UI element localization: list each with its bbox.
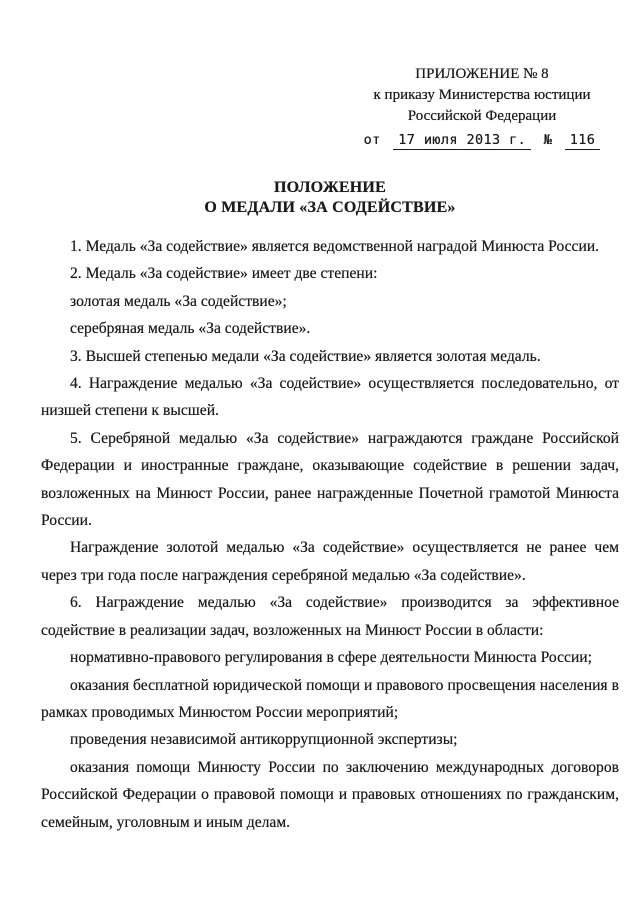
paragraph-6-item-2: оказания бесплатной юридической помощи и… xyxy=(41,672,619,727)
number-sign: № xyxy=(544,132,553,148)
document-title: ПОЛОЖЕНИЕ О МЕДАЛИ «ЗА СОДЕЙСТВИЕ» xyxy=(41,178,619,218)
paragraph-6: 6. Награждение медалью «За содействие» п… xyxy=(41,589,619,644)
paragraph-6-item-1: нормативно-правового регулирования в сфе… xyxy=(41,644,619,671)
paragraph-5: 5. Серебряной медалью «За содействие» на… xyxy=(41,425,619,535)
document-body: 1. Медаль «За содействие» является ведом… xyxy=(41,233,619,836)
paragraph-5-continuation: Награждение золотой медалью «За содейств… xyxy=(41,534,619,589)
issuer-line: Российской Федерации xyxy=(356,106,608,127)
paragraph-2: 2. Медаль «За содействие» имеет две степ… xyxy=(41,260,619,287)
appendix-header: ПРИЛОЖЕНИЕ № 8 к приказу Министерства юс… xyxy=(356,64,608,151)
order-date-number-line: от 17 июля 2013 г. № 116 xyxy=(356,130,608,151)
paragraph-2-item-gold: золотая медаль «За содействие»; xyxy=(41,288,619,315)
paragraph-6-item-4: оказания помощи Минюсту России по заключ… xyxy=(41,754,619,836)
document-page: ПРИЛОЖЕНИЕ № 8 к приказу Министерства юс… xyxy=(0,0,640,905)
paragraph-1: 1. Медаль «За содействие» является ведом… xyxy=(41,233,619,260)
order-reference-line: к приказу Министерства юстиции xyxy=(356,85,608,106)
paragraph-4: 4. Награждение медалью «За содействие» о… xyxy=(41,370,619,425)
appendix-number-line: ПРИЛОЖЕНИЕ № 8 xyxy=(356,64,608,85)
title-line-1: ПОЛОЖЕНИЕ xyxy=(41,178,619,198)
paragraph-2-item-silver: серебряная медаль «За содействие». xyxy=(41,315,619,342)
order-date-value: 17 июля 2013 г. xyxy=(393,132,531,150)
title-line-2: О МЕДАЛИ «ЗА СОДЕЙСТВИЕ» xyxy=(41,198,619,218)
order-number-value: 116 xyxy=(565,132,601,150)
date-prefix: от xyxy=(364,132,381,148)
paragraph-6-item-3: проведения независимой антикоррупционной… xyxy=(41,726,619,753)
paragraph-3: 3. Высшей степенью медали «За содействие… xyxy=(41,343,619,370)
